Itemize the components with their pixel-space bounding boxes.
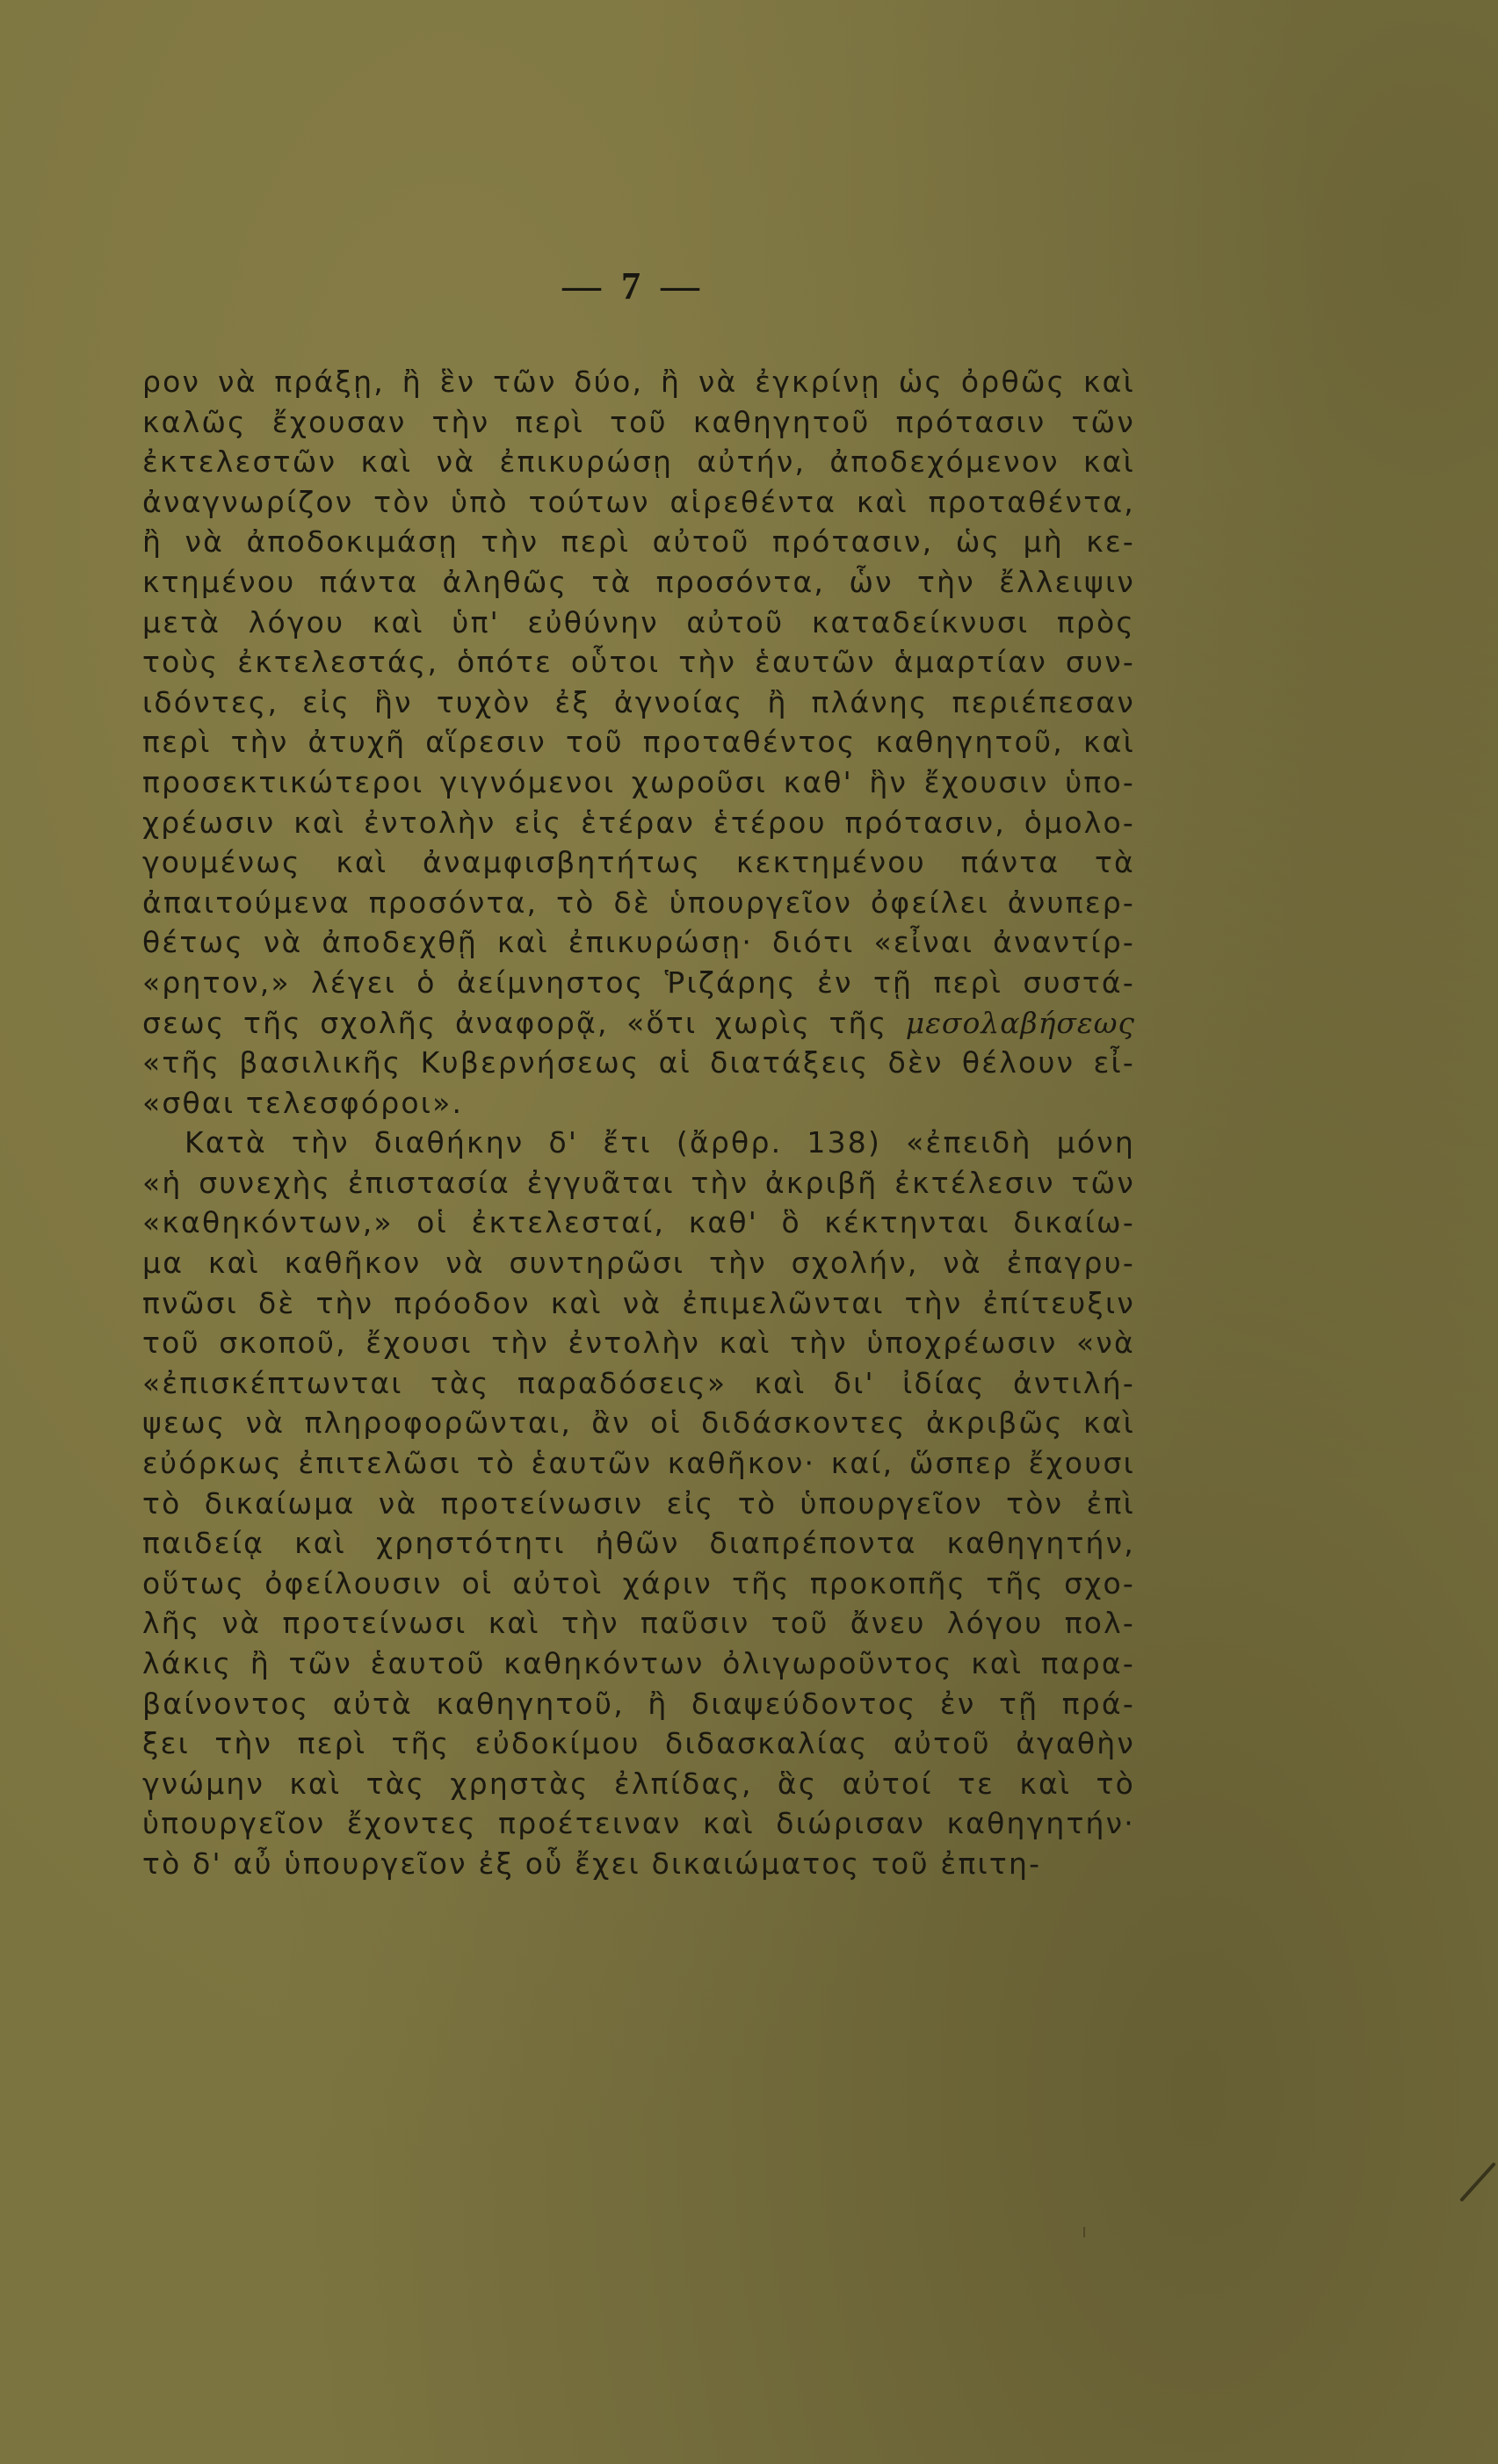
paper-mark — [1083, 2227, 1085, 2237]
text-line: ρον νὰ πράξῃ, ἢ ἓν τῶν δύο, ἢ νὰ ἐγκρίνῃ… — [142, 362, 1135, 402]
paragraph-end-line: «σθαι τελεσφόροι». — [142, 1083, 1135, 1124]
text-line: λάκις ἢ τῶν ἑαυτοῦ καθηκόντων ὀλιγωροῦντ… — [142, 1644, 1135, 1684]
text-line: κτημένου πάντα ἀληθῶς τὰ προσόντα, ὧν τὴ… — [142, 562, 1135, 603]
text-line: πνῶσι δὲ τὴν πρόοδον καὶ νὰ ἐπιμελῶνται … — [142, 1283, 1135, 1324]
text-line: χρέωσιν καὶ ἐντολὴν εἰς ἑτέραν ἑτέρου πρ… — [142, 803, 1135, 843]
body-text: ρον νὰ πράξῃ, ἢ ἓν τῶν δύο, ἢ νὰ ἐγκρίνῃ… — [142, 362, 1135, 1884]
text-line: ὑπουργεῖον ἔχοντες προέτειναν καὶ διώρισ… — [142, 1803, 1135, 1844]
text-fragment: σεως τῆς σχολῆς ἀναφορᾷ, «ὅτι χωρὶς τῆς — [142, 1006, 906, 1040]
text-line: ἀπαιτούμενα προσόντα, τὸ δὲ ὑπουργεῖον ὀ… — [142, 883, 1135, 923]
text-line: ψεως νὰ πληροφορῶνται, ἂν οἱ διδάσκοντες… — [142, 1403, 1135, 1443]
text-line: προσεκτικώτεροι γιγνόμενοι χωροῦσι καθ' … — [142, 762, 1135, 803]
text-line: «ἐπισκέπτωνται τὰς παραδόσεις» καὶ δι' ἰ… — [142, 1363, 1135, 1404]
text-line: τοὺς ἐκτελεστάς, ὁπότε οὗτοι τὴν ἑαυτῶν … — [142, 642, 1135, 683]
text-line: γουμένως καὶ ἀναμφισβητήτως κεκτημένου π… — [142, 842, 1135, 883]
text-line: ξει τὴν περὶ τῆς εὐδοκίμου διδασκαλίας α… — [142, 1723, 1135, 1764]
text-line-with-italic: σεως τῆς σχολῆς ἀναφορᾷ, «ὅτι χωρὶς τῆς … — [142, 1003, 1135, 1044]
paragraph-start-line: Κατὰ τὴν διαθήκην δ' ἔτι (ἄρθρ. 138) «ἐπ… — [142, 1123, 1135, 1163]
text-line: τοῦ σκοποῦ, ἔχουσι τὴν ἐντολὴν καὶ τὴν ὑ… — [142, 1323, 1135, 1363]
text-line: τὸ δ' αὖ ὑπουργεῖον ἐξ οὗ ἔχει δικαιώματ… — [142, 1844, 1135, 1884]
scanned-page: — 7 — ρον νὰ πράξῃ, ἢ ἓν τῶν δύο, ἢ νὰ ἐ… — [0, 0, 1498, 2464]
text-line: τὸ δικαίωμα νὰ προτείνωσιν εἰς τὸ ὑπουργ… — [142, 1484, 1135, 1524]
text-line: καλῶς ἔχουσαν τὴν περὶ τοῦ καθηγητοῦ πρό… — [142, 402, 1135, 443]
text-line: ιδόντες, εἰς ἣν τυχὸν ἐξ ἀγνοίας ἢ πλάνη… — [142, 683, 1135, 723]
text-line: θέτως νὰ ἀποδεχθῇ καὶ ἐπικυρώσῃ· διότι «… — [142, 922, 1135, 963]
text-line: γνώμην καὶ τὰς χρηστὰς ἐλπίδας, ἃς αὐτοί… — [142, 1764, 1135, 1804]
text-line: ἢ νὰ ἀποδοκιμάσῃ τὴν περὶ αὐτοῦ πρότασιν… — [142, 522, 1135, 562]
text-line: «τῆς βασιλικῆς Κυβερνήσεως αἱ διατάξεις … — [142, 1043, 1135, 1083]
italic-word: μεσολαβήσεως — [906, 1006, 1135, 1040]
text-line: εὐόρκως ἐπιτελῶσι τὸ ἑαυτῶν καθῆκον· καί… — [142, 1443, 1135, 1484]
text-line: «ρητον,» λέγει ὁ ἀείμνηστος Ῥιζάρης ἐν τ… — [142, 963, 1135, 1003]
text-line: περὶ τὴν ἀτυχῆ αἵρεσιν τοῦ προταθέντος κ… — [142, 722, 1135, 762]
text-line: λῆς νὰ προτείνωσι καὶ τὴν παῦσιν τοῦ ἄνε… — [142, 1603, 1135, 1644]
text-line: ἐκτελεστῶν καὶ νὰ ἐπικυρώσῃ αὐτήν, ἀποδε… — [142, 442, 1135, 482]
page-number: — 7 — — [562, 264, 705, 308]
text-line: οὕτως ὀφείλουσιν οἱ αὐτοὶ χάριν τῆς προκ… — [142, 1564, 1135, 1604]
text-line: παιδείᾳ καὶ χρηστότητι ἠθῶν διαπρέποντα … — [142, 1523, 1135, 1564]
text-line: «καθηκόντων,» οἱ ἐκτελεσταί, καθ' ὃ κέκτ… — [142, 1203, 1135, 1243]
text-line: μετὰ λόγου καὶ ὑπ' εὐθύνην αὐτοῦ καταδεί… — [142, 603, 1135, 643]
text-line: «ἡ συνεχὴς ἐπιστασία ἐγγυᾶται τὴν ἀκριβῆ… — [142, 1163, 1135, 1203]
text-line: μα καὶ καθῆκον νὰ συντηρῶσι τὴν σχολήν, … — [142, 1243, 1135, 1283]
text-line: βαίνοντος αὐτὰ καθηγητοῦ, ἢ διαψεύδοντος… — [142, 1684, 1135, 1724]
paper-stain — [1459, 2162, 1496, 2202]
text-line: ἀναγνωρίζον τὸν ὑπὸ τούτων αἱρεθέντα καὶ… — [142, 482, 1135, 523]
